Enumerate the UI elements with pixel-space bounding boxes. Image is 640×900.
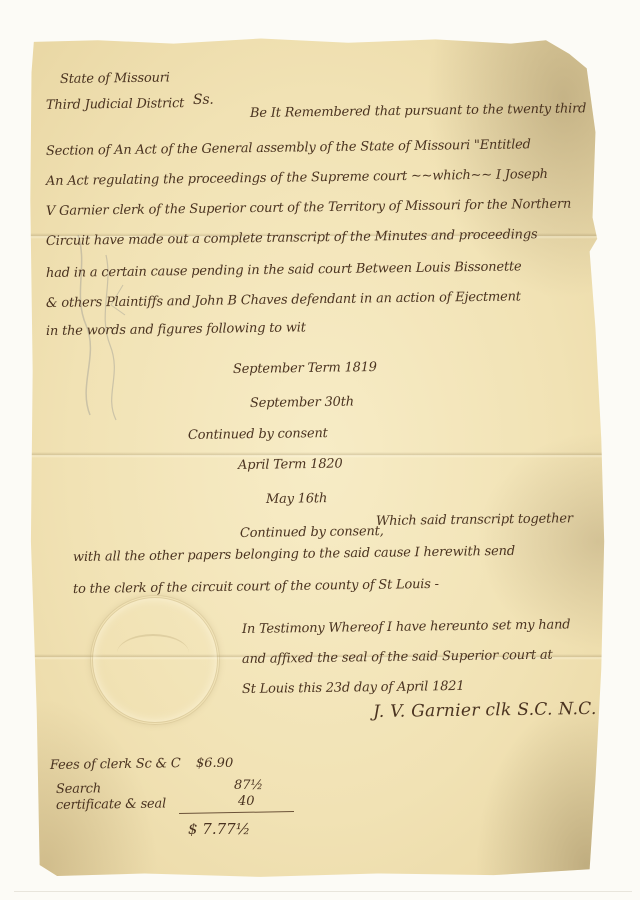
body-line: An Act regulating the proceedings of the… — [46, 167, 548, 189]
total-rule — [179, 811, 294, 814]
header-scilicet: Ss. — [193, 92, 214, 108]
fee-amount: 40 — [238, 794, 255, 809]
body-line: Be It Remembered that pursuant to the tw… — [250, 101, 586, 121]
testimony-line: and affixed the seal of the said Superio… — [242, 648, 553, 667]
minutes-entry: April Term 1820 — [238, 457, 343, 473]
fee-amount: $6.90 — [196, 756, 233, 771]
document-page: State of Missouri Third Judicial Distric… — [28, 30, 610, 882]
clerk-signature: J. V. Garnier clk S.C. N.C. — [373, 699, 597, 722]
closing-line: to the clerk of the circuit court of the… — [73, 577, 439, 597]
minutes-entry: Continued by consent, — [240, 524, 384, 541]
testimony-line: St Louis this 23d day of April 1821 — [242, 679, 465, 697]
fee-label: Search — [56, 781, 101, 797]
minutes-entry: September 30th — [250, 395, 354, 411]
minutes-entry: Continued by consent — [188, 426, 328, 443]
eagle-emblem-icon — [117, 634, 189, 672]
body-line: V Garnier clerk of the Superior court of… — [46, 197, 571, 219]
header-state: State of Missouri — [60, 70, 170, 87]
fee-amount: 87½ — [234, 778, 263, 793]
fee-total: $ 7.77½ — [188, 820, 250, 838]
body-line: in the words and figures following to wi… — [46, 320, 306, 339]
scan-background: State of Missouri Third Judicial Distric… — [0, 0, 640, 900]
minutes-entry: May 16th — [266, 491, 327, 507]
testimony-line: In Testimony Whereof I have hereunto set… — [242, 617, 571, 637]
header-district: Third Judicial District — [46, 96, 184, 113]
fee-label: certificate & seal — [56, 796, 166, 813]
minutes-entry: September Term 1819 — [233, 360, 377, 377]
embossed-seal — [90, 595, 220, 725]
closing-line: Which said transcript together — [376, 511, 573, 529]
closing-line: with all the other papers belonging to t… — [73, 544, 515, 565]
body-line: Section of An Act of the General assembl… — [46, 137, 531, 159]
fee-label: Fees of clerk Sc & C — [50, 756, 181, 773]
